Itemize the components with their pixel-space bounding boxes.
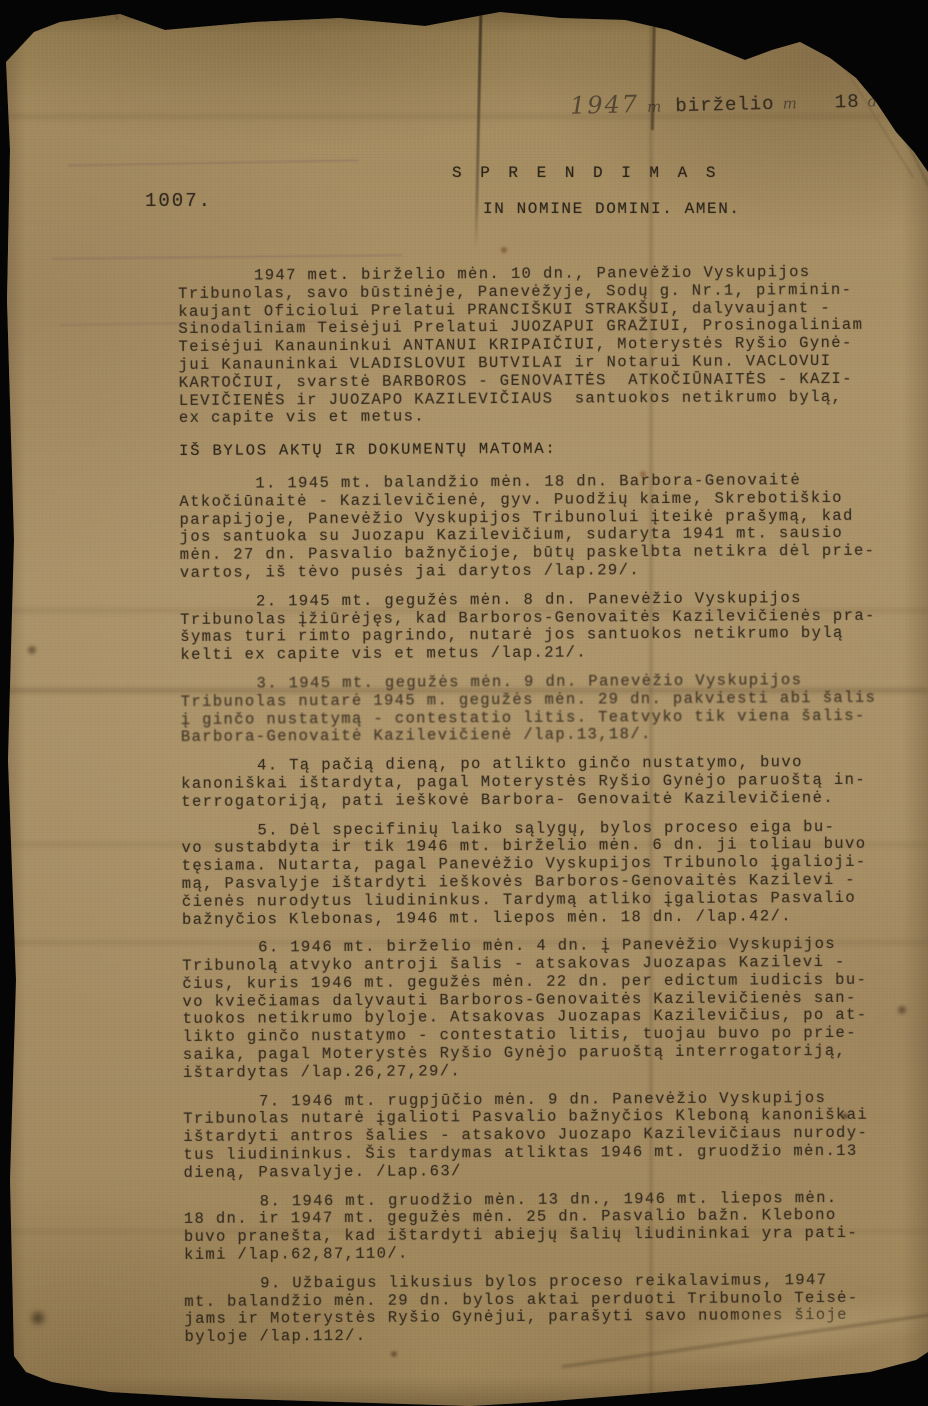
paragraph-6: 6. 1946 mt. birželio mėn. 4 dn. į Panevė… bbox=[182, 936, 897, 1083]
date-line: 1947mbirželiom18d. bbox=[570, 84, 883, 120]
paragraph-1: 1. 1945 mt. balandžio mėn. 18 dn. Barbor… bbox=[179, 472, 894, 583]
paragraph-9: 9. Užbaigus likusius bylos proceso reika… bbox=[184, 1271, 898, 1347]
date-year: 1947 bbox=[570, 90, 640, 120]
date-day-abbrev: d. bbox=[867, 92, 882, 110]
pencil-mark bbox=[52, 254, 402, 260]
paragraph-3: 3. 1945 mt. gegužės mėn. 9 dn. Panevėžio… bbox=[180, 672, 894, 748]
date-month-abbrev: m bbox=[647, 98, 662, 116]
decision-title: S P R E N D I M A S bbox=[452, 164, 720, 182]
date-day: 18 bbox=[835, 91, 860, 114]
paragraph-8: 8. 1946 mt. gruodžio mėn. 13 dn., 1946 m… bbox=[184, 1189, 898, 1265]
section-heading: IŠ BYLOS AKTŲ IR DOKUMENTŲ MATOMA: bbox=[179, 439, 893, 461]
case-number: 1007. bbox=[145, 190, 212, 212]
paragraph-4: 4. Tą pačią dieną, po atlikto ginčo nust… bbox=[181, 754, 895, 812]
paragraph-5: 5. Dėl specifinių laiko sąlygų, bylos pr… bbox=[181, 818, 896, 929]
foxing-spots bbox=[0, 0, 4, 4]
crease-mark bbox=[474, 0, 482, 248]
paragraph-2: 2. 1945 mt. gegužės mėn. 8 dn. Panevėžio… bbox=[180, 589, 894, 665]
paragraph-7: 7. 1946 mt. rugpjūčio mėn. 9 dn. Panevėž… bbox=[183, 1089, 898, 1182]
pencil-mark bbox=[68, 159, 358, 166]
photo-backdrop: ··VOS·RE··· 1947mbirželiom18d. 1007. S P… bbox=[0, 0, 928, 1406]
crease-mark bbox=[893, 114, 928, 268]
date-month: birželio bbox=[675, 93, 775, 117]
faint-edge-stamp: ··VOS·RE··· bbox=[96, 2, 214, 25]
intro-paragraph: 1947 met. birželio mėn. 10 dn., Panevėži… bbox=[178, 264, 893, 429]
document-body: 1947 met. birželio mėn. 10 dn., Panevėži… bbox=[178, 264, 899, 1358]
document-page: ··VOS·RE··· 1947mbirželiom18d. 1007. S P… bbox=[0, 0, 928, 1406]
invocation-line: IN NOMINE DOMINI. AMEN. bbox=[483, 200, 741, 218]
date-month-abbrev2: m bbox=[782, 94, 797, 112]
